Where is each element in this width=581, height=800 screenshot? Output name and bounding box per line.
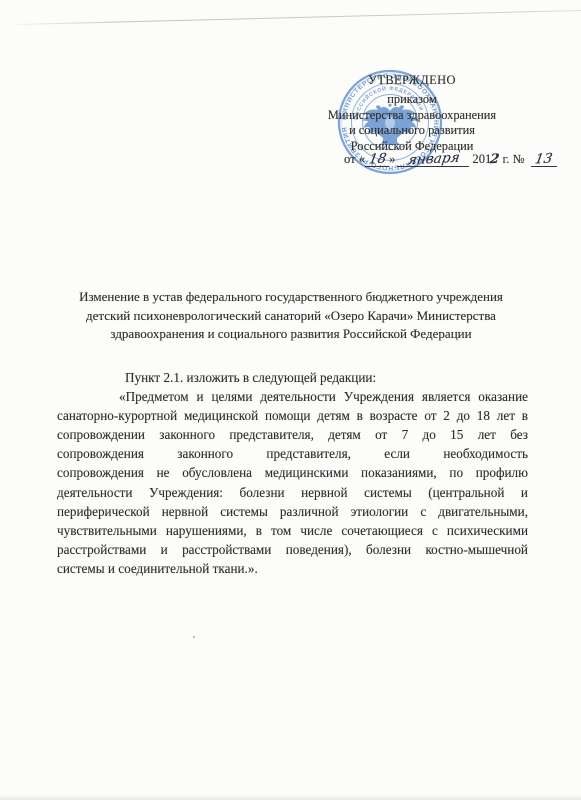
month-blank: января [397, 153, 469, 167]
body-line: сопровождении законного представителя, д… [57, 425, 528, 444]
approval-line: Министерства здравоохранения [296, 108, 528, 123]
body-line: системы и соединительной ткани.». [57, 559, 528, 578]
day-blank: 18 [365, 153, 389, 167]
scan-line-artifact [18, 10, 581, 25]
approval-line: приказом [296, 92, 528, 107]
body-line: Пункт 2.1. изложить в следующей редакции… [57, 368, 528, 387]
body-line: деятельности Учреждения: болезни нервной… [57, 483, 528, 502]
date-close-quote: » [389, 152, 395, 166]
handwritten-order-number: 13 [534, 153, 553, 167]
approval-line: и социального развития [296, 123, 528, 138]
number-blank: 13 [531, 153, 557, 167]
body-line: чувствительными нарушениями, в том числе… [57, 521, 528, 540]
body-line: сопровождения законного представителя, е… [57, 444, 528, 463]
scan-speck-artifact [193, 636, 195, 638]
date-prefix: от « [344, 152, 365, 166]
body-line: сопровождения не обусловлена медицинским… [57, 463, 528, 482]
body-line: санаторно-курортной медицинской помощи д… [57, 406, 528, 425]
date-line: от «18»января2012 г. № 13 [344, 152, 557, 167]
scan-edge-artifact [0, 795, 581, 800]
handwritten-month: января [406, 152, 460, 168]
title-line: Изменение в устав федерального государст… [55, 288, 527, 307]
approval-block: УТВЕРЖДЕНО приказом Министерства здравоо… [296, 73, 528, 154]
approval-line-approved: УТВЕРЖДЕНО [296, 73, 528, 88]
scanned-document-page: МИНИСТЕРСТВО ЗДРАВООХРАНЕНИЯ И СОЦИАЛЬНО… [0, 0, 581, 800]
body-line: периферической нервной системы различной… [57, 502, 528, 521]
title-line: детский психоневрологический санаторий «… [55, 307, 527, 326]
title-line: здравоохранения и социального развития Р… [55, 325, 527, 344]
document-title: Изменение в устав федерального государст… [55, 288, 527, 344]
handwritten-day: 18 [367, 153, 386, 167]
body-line: «Предметом и целями деятельности Учрежде… [57, 387, 528, 406]
year-suffix: г. № [499, 152, 527, 166]
document-body: Пункт 2.1. изложить в следующей редакции… [57, 368, 528, 578]
body-line: расстройствами и расстройствами поведени… [57, 540, 528, 559]
